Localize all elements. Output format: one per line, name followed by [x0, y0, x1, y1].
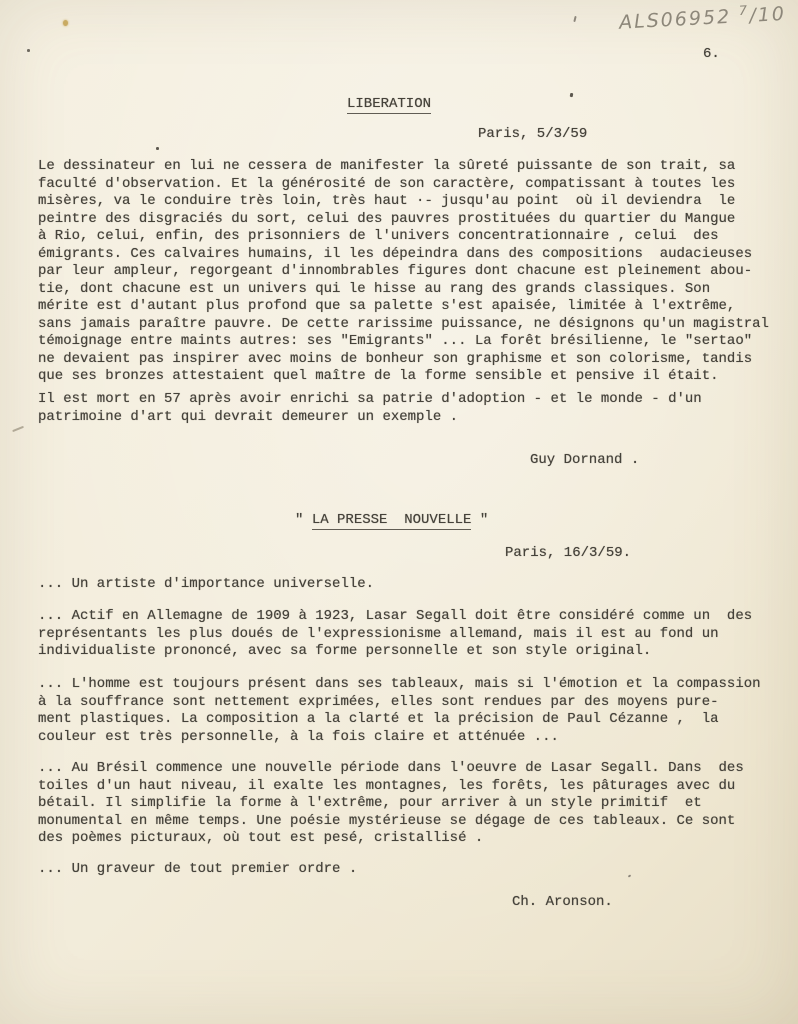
annotation-code: ALS06952 — [619, 6, 732, 34]
section-title-la-presse-nouvelle: " LA PRESSE NOUVELLE " — [295, 512, 488, 530]
paragraph: Il est mort en 57 après avoir enrichi sa… — [38, 391, 780, 426]
annotation-denominator: /10 — [749, 3, 787, 27]
signature-ch-aronson: Ch. Aronson. — [512, 894, 613, 912]
title-close-quote: " — [471, 512, 488, 528]
paragraph: ... Actif en Allemagne de 1909 à 1923, L… — [38, 608, 780, 661]
paragraph: Le dessinateur en lui ne cessera de mani… — [38, 158, 780, 386]
paragraph: ... Un graveur de tout premier ordre . — [38, 861, 780, 879]
paragraph: ... Un artiste d'importance universelle. — [38, 576, 780, 594]
handwritten-annotation: ALS06952 7/10 — [619, 2, 787, 34]
document-page: ALS06952 7/10 6. LIBERATION Paris, 5/3/5… — [0, 0, 798, 1024]
dateline-la-presse-nouvelle: Paris, 16/3/59. — [505, 545, 631, 563]
ink-speck — [156, 147, 159, 150]
signature-guy-dornand: Guy Dornand . — [530, 452, 639, 470]
paragraph: ... L'homme est toujours présent dans se… — [38, 676, 780, 746]
ink-speck — [27, 49, 30, 52]
section-title-text: LA PRESSE NOUVELLE — [312, 512, 472, 530]
section-title-text: LIBERATION — [347, 96, 431, 114]
pencil-mark — [12, 426, 24, 432]
ink-speck — [573, 16, 576, 22]
ink-speck — [570, 93, 573, 97]
paragraph: ... Au Brésil commence une nouvelle péri… — [38, 760, 780, 848]
paper-stain — [63, 20, 68, 26]
dateline-liberation: Paris, 5/3/59 — [478, 126, 587, 144]
title-open-quote: " — [295, 512, 312, 528]
page-number: 6. — [703, 46, 720, 64]
section-title-liberation: LIBERATION — [347, 96, 431, 114]
